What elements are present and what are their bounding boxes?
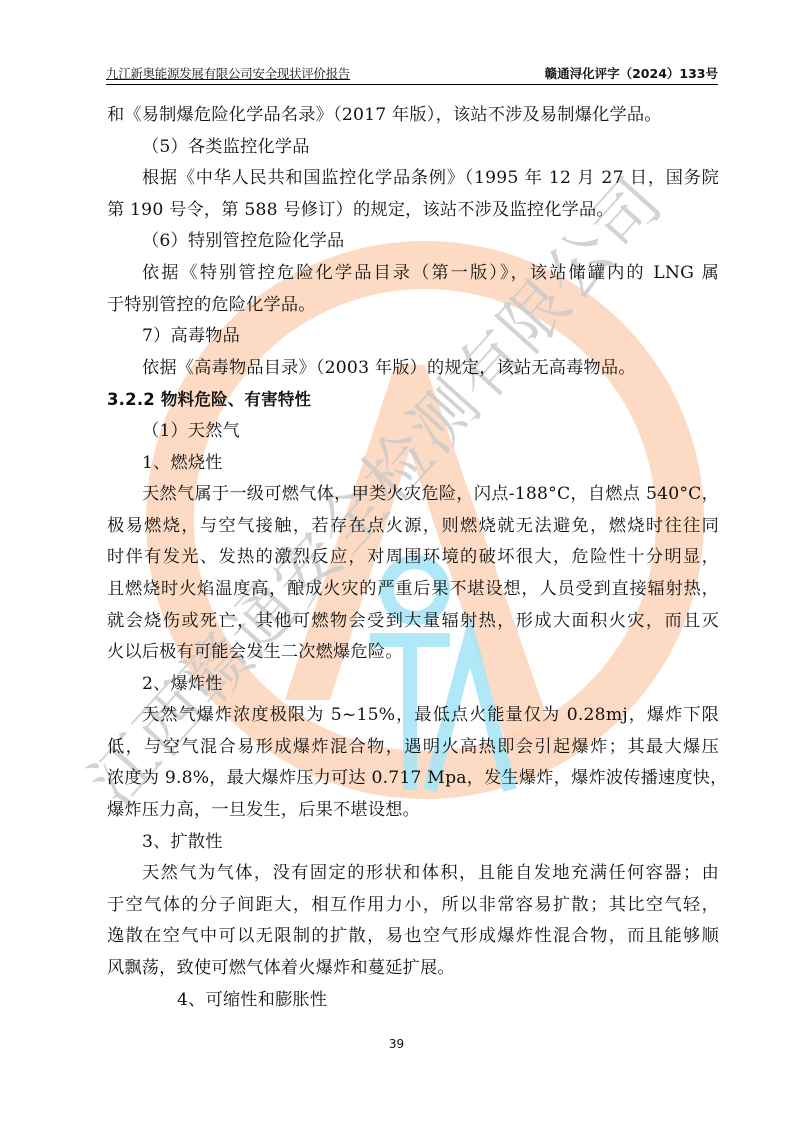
body-line: 依据《特别管控危险化学品目录（第一版）》，该站储罐内的 LNG 属 xyxy=(107,258,719,290)
body-line: 低，与空气混合易形成爆炸混合物，遇明火高热即会引起爆炸；其最大爆压 xyxy=(107,732,719,764)
body-line: 天然气为气体，没有固定的形状和体积，且能自发地充满任何容器；由 xyxy=(107,858,719,890)
body-line: 就会烧伤或死亡，其他可燃物会受到大量辐射热，形成大面积火灾，而且灭 xyxy=(107,606,719,638)
subheading-highly-toxic: 7）高毒物品 xyxy=(107,321,719,353)
body-line: 浓度为 9.8%，最大爆炸压力可达 0.717 Mpa，发生爆炸，爆炸波传播速度… xyxy=(107,763,719,795)
body-line: 于特别管控的危险化学品。 xyxy=(107,290,719,322)
subheading-compressibility-expansion: 4、可缩性和膨胀性 xyxy=(107,985,719,1017)
body-line: 第 190 号令，第 588 号修订）的规定，该站不涉及监控化学品。 xyxy=(107,195,719,227)
body-line: 和《易制爆危险化学品名录》（2017 年版），该站不涉及易制爆化学品。 xyxy=(107,100,719,132)
subheading-monitored-chemicals: （5）各类监控化学品 xyxy=(107,132,719,164)
subheading-combustibility: 1、燃烧性 xyxy=(107,448,719,480)
section-heading-material-hazards: 3.2.2 物料危险、有害特性 xyxy=(107,384,719,416)
body-line: 时伴有发光、发热的激烈反应，对周围环境的破坏很大，危险性十分明显， xyxy=(107,542,719,574)
subheading-diffusivity: 3、扩散性 xyxy=(107,827,719,859)
subheading-special-controlled-chemicals: （6）特别管控危险化学品 xyxy=(107,226,719,258)
body-line: 于空气体的分子间距大，相互作用力小，所以非常容易扩散；其比空气轻， xyxy=(107,890,719,922)
body-line: 爆炸压力高，一旦发生，后果不堪设想。 xyxy=(107,795,719,827)
body-line: 逸散在空气中可以无限制的扩散，易也空气形成爆炸性混合物，而且能够顺 xyxy=(107,921,719,953)
body-line: 极易燃烧，与空气接触，若存在点火源，则燃烧就无法避免，燃烧时往往同 xyxy=(107,511,719,543)
body-line: 风飘荡，致使可燃气体着火爆炸和蔓延扩展。 xyxy=(107,953,719,985)
document-page: 江西赣通安全检测有限公司 九江新奥能源发展有限公司安全现状评价报告 赣通浔化评字… xyxy=(0,0,793,1122)
page-number: 39 xyxy=(0,1037,793,1051)
body-line: 依据《高毒物品目录》（2003 年版）的规定，该站无高毒物品。 xyxy=(107,353,719,385)
subheading-explosiveness: 2、爆炸性 xyxy=(107,669,719,701)
body-line: 火以后极有可能会发生二次燃爆危险。 xyxy=(107,637,719,669)
header-report-number: 赣通浔化评字（2024）133号 xyxy=(545,66,718,82)
document-body: 和《易制爆危险化学品名录》（2017 年版），该站不涉及易制爆化学品。 （5）各… xyxy=(107,100,719,1016)
body-line: 且燃烧时火焰温度高，酿成火灾的严重后果不堪设想，人员受到直接辐射热， xyxy=(107,574,719,606)
body-line: 天然气爆炸浓度极限为 5~15%，最低点火能量仅为 0.28mj，爆炸下限 xyxy=(107,700,719,732)
header-report-title: 九江新奥能源发展有限公司安全现状评价报告 xyxy=(106,66,350,82)
subheading-natural-gas: （1）天然气 xyxy=(107,416,719,448)
body-line: 根据《中华人民共和国监控化学品条例》（1995 年 12 月 27 日，国务院 xyxy=(107,163,719,195)
page-header: 九江新奥能源发展有限公司安全现状评价报告 赣通浔化评字（2024）133号 xyxy=(106,66,718,85)
body-line: 天然气属于一级可燃气体，甲类火灾危险，闪点-188°C，自燃点 540°C， xyxy=(107,479,719,511)
